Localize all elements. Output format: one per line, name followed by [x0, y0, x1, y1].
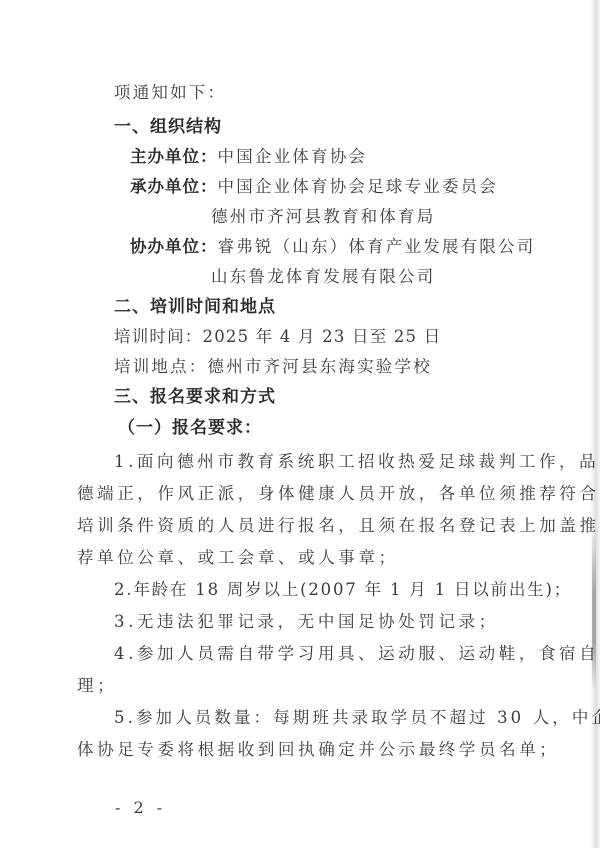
host-value: 中国企业体育协会	[218, 147, 368, 166]
requirement-line: 荐单位公章、或工会章、或人事章；	[77, 548, 399, 568]
section-heading-registration: 三、报名要求和方式	[114, 387, 276, 407]
requirement-line: 理；	[77, 676, 117, 696]
requirement-line: 培训条件资质的人员进行报名，且须在报名登记表上加盖推	[77, 516, 600, 536]
host-label: 主办单位：	[130, 147, 218, 166]
requirement-line: 5.参加人员数量：每期班共录取学员不超过 30 人，中企	[114, 708, 600, 728]
requirement-line: 德端正，作风正派，身体健康人员开放，各单位须推荐符合	[77, 484, 600, 504]
section-heading-time-place: 二、培训时间和地点	[114, 297, 276, 317]
co-organizer-value-2: 山东鲁龙体育发展有限公司	[211, 267, 435, 287]
requirement-line: 2.年龄在 18 周岁以上(2007 年 1 月 1 日以前出生)；	[114, 580, 572, 600]
organizer-row: 承办单位：中国企业体育协会足球专业委员会	[130, 177, 498, 197]
co-organizer-value: 睿弗锐（山东）体育产业发展有限公司	[218, 237, 536, 256]
intro-text: 项通知如下：	[114, 83, 226, 103]
organizer-value-2: 德州市齐河县教育和体育局	[211, 207, 435, 227]
requirement-line: 体协足专委将根据收到回执确定并公示最终学员名单；	[77, 740, 559, 760]
training-time: 培训时间：2025 年 4 月 23 日至 25 日	[114, 327, 441, 347]
training-place: 培训地点：德州市齐河县东海实验学校	[114, 357, 432, 377]
requirement-line: 1.面向德州市教育系统职工招收热爱足球裁判工作，品	[114, 452, 599, 472]
subheading-registration-requirements: （一）报名要求：	[118, 418, 262, 438]
scan-edge-shadow-dark	[592, 530, 596, 690]
organizer-value: 中国企业体育协会足球专业委员会	[218, 177, 499, 196]
requirement-line: 4.参加人员需自带学习用具、运动服、运动鞋，食宿自	[114, 644, 599, 664]
page-number: - 2 -	[115, 798, 166, 817]
co-organizer-row: 协办单位：睿弗锐（山东）体育产业发展有限公司	[130, 237, 535, 257]
co-organizer-label: 协办单位：	[130, 237, 218, 256]
organizer-label: 承办单位：	[130, 177, 218, 196]
requirement-line: 3.无违法犯罪记录，无中国足协处罚记录；	[114, 612, 499, 632]
section-heading-organization: 一、组织结构	[114, 117, 222, 137]
host-row: 主办单位：中国企业体育协会	[130, 147, 367, 167]
